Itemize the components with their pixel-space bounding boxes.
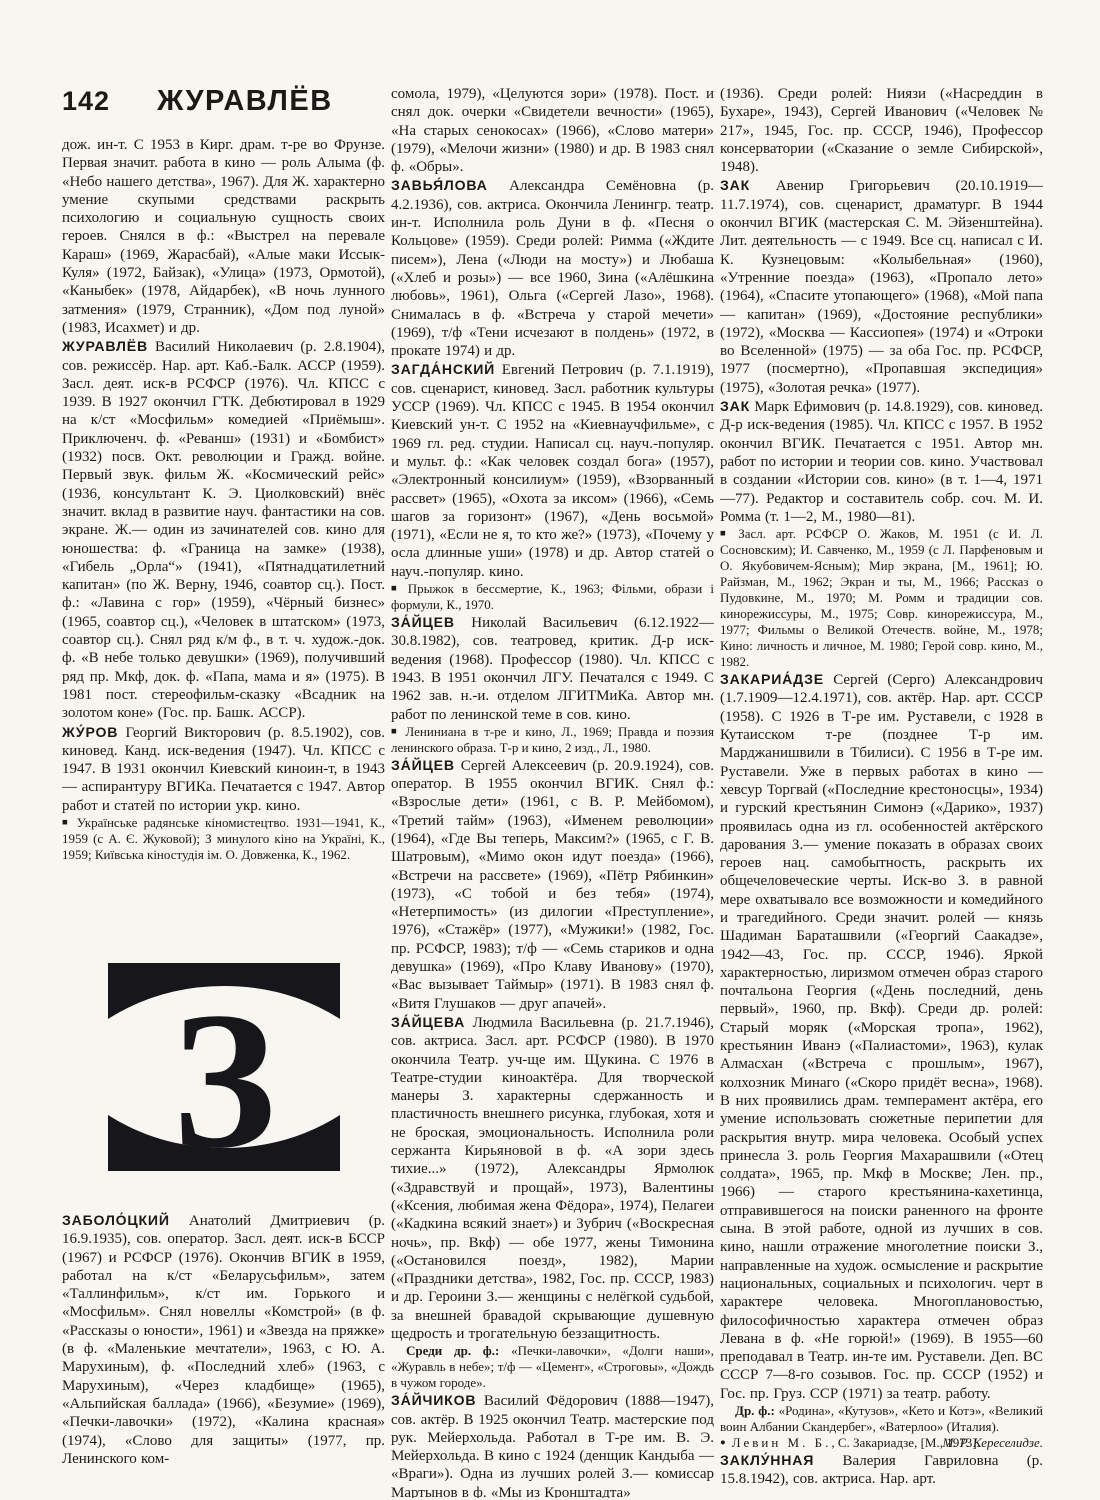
bibliography-marker-icon: ■ bbox=[391, 727, 405, 737]
column-3: (1936). Среди ролей: Ниязи («Насреддин в… bbox=[720, 85, 1043, 1498]
bibliography-paragraph: ■Прыжок в бессмертие, К., 1963; Фільми, … bbox=[391, 581, 714, 613]
text-run: Василий Фёдорович (1888—1947), сов. актё… bbox=[391, 1393, 714, 1498]
text-run: Левин М. Б. bbox=[732, 1435, 832, 1450]
text-run: Марк Ефимович (р. 14.8.1929), сов. кинов… bbox=[720, 399, 1043, 525]
column-2: сомола, 1979), «Целуются зори» (1978). П… bbox=[391, 85, 714, 1498]
bibliography-marker-icon: ■ bbox=[720, 529, 738, 539]
filmography-paragraph: Др. ф.: «Родина», «Кутузов», «Кето и Кот… bbox=[720, 1403, 1043, 1435]
bibliography-paragraph: ●Левин М. Б., С. Закариадзе, [М., 1973].… bbox=[720, 1435, 1043, 1451]
text-run: Анатолий Дмитриевич (р. 16.9.1935), сов.… bbox=[62, 1213, 385, 1467]
section-letter: З bbox=[172, 972, 275, 1171]
entry-paragraph: ЗА́ЙЦЕВ Николай Васильевич (6.12.1922—30… bbox=[391, 613, 714, 724]
text-run: Сергей Алексеевич (р. 20.9.1924), сов. о… bbox=[391, 758, 714, 1012]
headword: ЗАБОЛО́ЦКИЙ bbox=[62, 1212, 170, 1228]
entry-paragraph: ЗАК Марк Ефимович (р. 14.8.1929), сов. к… bbox=[720, 397, 1043, 526]
entry-paragraph: ЗАК Авенир Григорьевич (20.10.1919—11.7.… bbox=[720, 176, 1043, 397]
bibliography-paragraph: ■Засл. арт. РСФСР О. Жаков, М. 1951 (с И… bbox=[720, 526, 1043, 670]
text-columns: 142 ЖУРАВЛЁВ дож. ин-т. С 1953 в Кирг. д… bbox=[62, 85, 1043, 1498]
column-1: 142 ЖУРАВЛЁВ дож. ин-т. С 1953 в Кирг. д… bbox=[62, 85, 385, 1498]
text-run: Александра Семёновна (р. 4.2.1936), сов.… bbox=[391, 178, 714, 359]
page-number: 142 bbox=[62, 86, 110, 117]
headword: ЗАГДА́НСКИЙ bbox=[391, 361, 495, 377]
text-run: Засл. арт. РСФСР О. Жаков, М. 1951 (с И.… bbox=[720, 526, 1043, 669]
headword: ЖУ́РОВ bbox=[62, 724, 118, 740]
bibliography-marker-icon: ■ bbox=[62, 818, 77, 828]
text-run: Людмила Васильевна (р. 21.7.1946), сов. … bbox=[391, 1015, 714, 1342]
text-run: сомола, 1979), «Целуются зори» (1978). П… bbox=[391, 86, 714, 175]
entry-paragraph: ЗА́ЙЦЕВА Людмила Васильевна (р. 21.7.194… bbox=[391, 1013, 714, 1343]
text-run: Др. ф.: bbox=[735, 1403, 775, 1418]
bibliography-marker-icon: ■ bbox=[391, 584, 408, 594]
entry-paragraph: ЗА́ЙЦЕВ Сергей Алексеевич (р. 20.9.1924)… bbox=[391, 756, 714, 1013]
headword: ЗАКАРИА́ДЗЕ bbox=[720, 671, 824, 687]
entry-paragraph: ЖУ́РОВ Георгий Викторович (р. 8.5.1902),… bbox=[62, 723, 385, 815]
headword: ЗАК bbox=[720, 398, 750, 414]
entry-paragraph: ЖУРАВЛЁВ Василий Николаевич (р. 2.8.1904… bbox=[62, 337, 385, 722]
headword: ЗА́ЙЦЕВ bbox=[391, 757, 455, 773]
section-letter-ornament: З bbox=[108, 963, 340, 1171]
bibliography-paragraph: ■Українське радянське кіномистецтво. 193… bbox=[62, 815, 385, 863]
text-run: Среди др. ф.: bbox=[406, 1343, 499, 1358]
text-run: Українське радянське кіномистецтво. 1931… bbox=[62, 815, 385, 862]
entry-paragraph: ЗАВЬЯ́ЛОВА Александра Семёновна (р. 4.2.… bbox=[391, 176, 714, 360]
headword: ЖУРАВЛЁВ bbox=[62, 338, 148, 354]
text-run: Сергей (Серго) Александрович (1.7.1909—1… bbox=[720, 672, 1043, 1402]
text-run: Василий Николаевич (р. 2.8.1904), сов. р… bbox=[62, 339, 385, 721]
entry-paragraph: ЗАБОЛО́ЦКИЙ Анатолий Дмитриевич (р. 16.9… bbox=[62, 1211, 385, 1468]
continuation-paragraph: дож. ин-т. С 1953 в Кирг. драм. т-ре во … bbox=[62, 136, 385, 337]
headword: ЗА́ЙЧИКОВ bbox=[391, 1392, 476, 1408]
running-head: ЖУРАВЛЁВ bbox=[157, 85, 333, 118]
entry-paragraph: ЗАКЛУ́ННАЯ Валерия Гавриловна (р. 15.8.1… bbox=[720, 1451, 1043, 1489]
text-run: (1936). Среди ролей: Ниязи («Насреддин в… bbox=[720, 86, 1043, 175]
bibliography-paragraph: ■Лениниана в т-ре и кино, Л., 1969; Прав… bbox=[391, 724, 714, 756]
text-run: Николай Васильевич (6.12.1922—30.8.1982)… bbox=[391, 615, 714, 722]
headword: ЗА́ЙЦЕВ bbox=[391, 614, 455, 630]
headword: ЗАКЛУ́ННАЯ bbox=[720, 1452, 814, 1468]
text-run: Евгений Петрович (р. 7.1.1919), сов. сце… bbox=[391, 362, 714, 579]
text-run: Авенир Григорьевич (20.10.1919—11.7.1974… bbox=[720, 178, 1043, 395]
headword: ЗАК bbox=[720, 177, 750, 193]
entry-paragraph: ЗА́ЙЧИКОВ Василий Фёдорович (1888—1947),… bbox=[391, 1391, 714, 1498]
page-header: 142 ЖУРАВЛЁВ bbox=[62, 85, 385, 118]
entry-paragraph: ЗАКАРИА́ДЗЕ Сергей (Серго) Александрович… bbox=[720, 670, 1043, 1403]
headword: ЗА́ЙЦЕВА bbox=[391, 1014, 465, 1030]
entry-paragraph: ЗАГДА́НСКИЙ Евгений Петрович (р. 7.1.191… bbox=[391, 360, 714, 581]
text-run: Прыжок в бессмертие, К., 1963; Фільми, о… bbox=[391, 581, 714, 612]
author-signature: М. Р. Кереселидзе. bbox=[942, 1435, 1043, 1451]
continuation-paragraph: (1936). Среди ролей: Ниязи («Насреддин в… bbox=[720, 85, 1043, 176]
filmography-paragraph: Среди др. ф.: «Печки-лавочки», «Долги на… bbox=[391, 1343, 714, 1391]
section-divider: З bbox=[62, 963, 385, 1171]
continuation-paragraph: сомола, 1979), «Целуются зори» (1978). П… bbox=[391, 85, 714, 176]
text-run: Лениниана в т-ре и кино, Л., 1969; Правд… bbox=[391, 724, 714, 755]
text-run: дож. ин-т. С 1953 в Кирг. драм. т-ре во … bbox=[62, 137, 385, 336]
headword: ЗАВЬЯ́ЛОВА bbox=[391, 177, 488, 193]
bibliography-marker-icon: ● bbox=[720, 1438, 732, 1448]
encyclopedia-page: 142 ЖУРАВЛЁВ дож. ин-т. С 1953 в Кирг. д… bbox=[0, 0, 1100, 1500]
